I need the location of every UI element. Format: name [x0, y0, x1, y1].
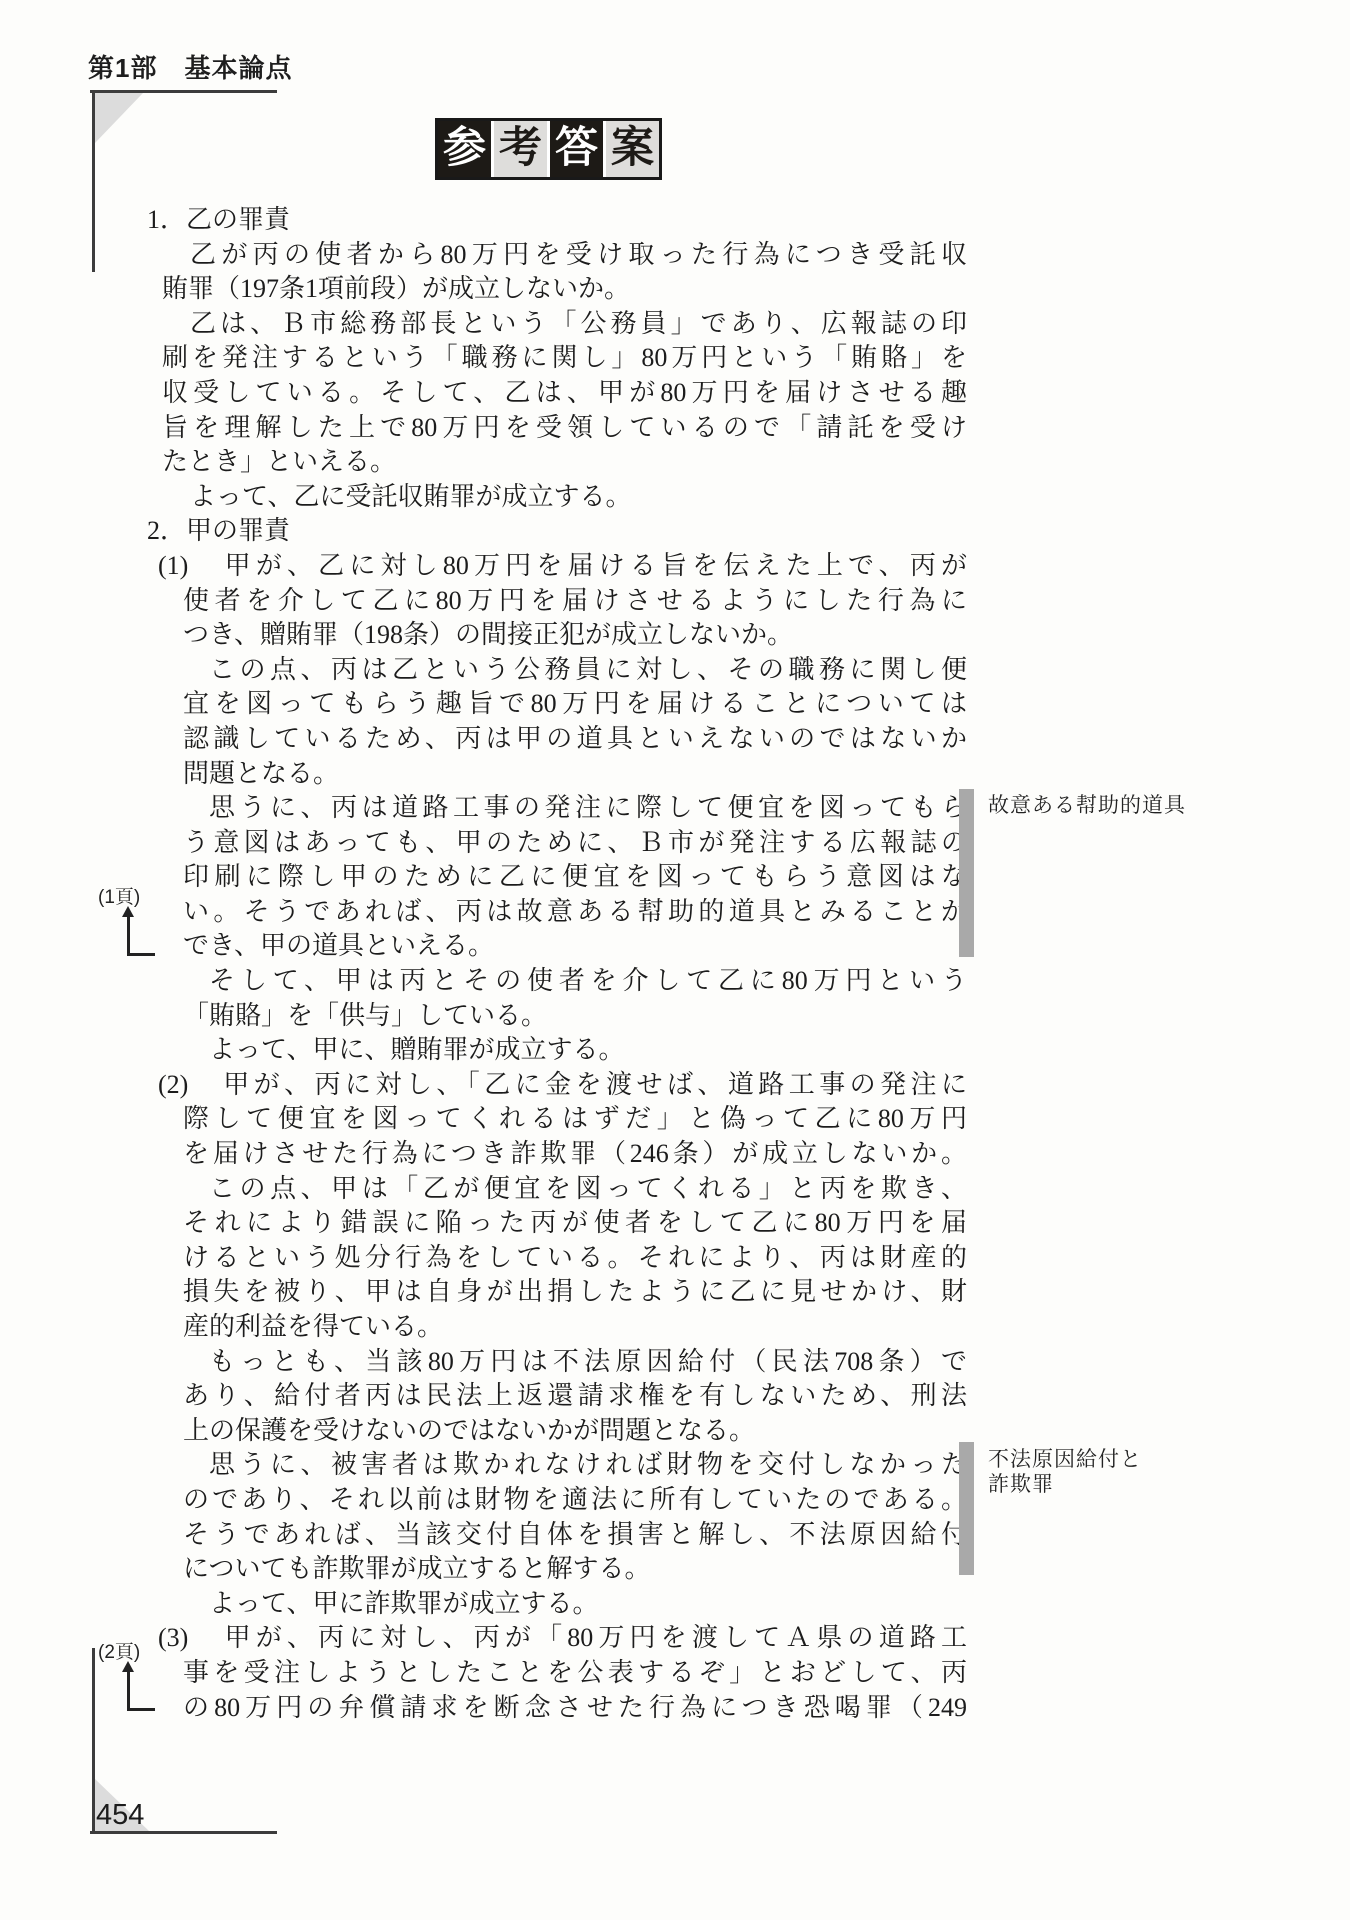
body-line: 上の保護を受けないのではないかが問題となる。: [90, 1414, 967, 1449]
page-marker-2-arrow-icon: [120, 1661, 160, 1713]
body-line: 産的利益を得ている。: [90, 1310, 967, 1345]
body-line: 使者を介して乙に80万円を届けさせるようにした行為に: [90, 584, 967, 619]
body-line: たとき」といえる。: [90, 445, 967, 480]
body-line: い。そうであれば、丙は故意ある幇助的道具とみることが: [90, 895, 967, 930]
arrow-stem: [127, 1670, 130, 1710]
margin-note-text: 詐欺罪: [988, 1472, 1288, 1497]
arrow-foot: [127, 1708, 155, 1711]
margin-note-bar-1: [959, 789, 974, 957]
margin-note-text: 故意ある幇助的道具: [988, 793, 1288, 818]
body-line: 1．乙の罪責: [90, 203, 967, 238]
title-char-3: 答: [550, 121, 603, 177]
margin-note-2: 不法原因給付と 詐欺罪: [988, 1447, 1288, 1497]
body-line: 乙が丙の使者から80万円を受け取った行為につき受託収: [90, 238, 967, 273]
body-line: 収受している。そして、乙は、甲が80万円を届けさせる趣: [90, 376, 967, 411]
book-page: { "page": { "header": "第1部 基本論点", "page_…: [0, 0, 1350, 1920]
body-line: 印刷に際し甲のために乙に便宜を図ってもらう意図はな: [90, 860, 967, 895]
body-line: 損失を被り、甲は自身が出捐したように乙に見せかけ、財: [90, 1275, 967, 1310]
body-line: (2) 甲が、丙に対し、「乙に金を渡せば、道路工事の発注に: [90, 1068, 967, 1103]
body-line: についても詐欺罪が成立すると解する。: [90, 1552, 967, 1587]
body-lines: 1．乙の罪責乙が丙の使者から80万円を受け取った行為につき受託収賄罪（197条1…: [90, 203, 967, 1725]
title-char-1: 参: [438, 121, 491, 177]
body-line: 2．甲の罪責: [90, 514, 967, 549]
corner-triangle-top: [95, 93, 143, 143]
body-line: 宜を図ってもらう趣旨で80万円を届けることについては: [90, 687, 967, 722]
chapter-header: 第1部 基本論点: [88, 48, 292, 85]
body-line: そうであれば、当該交付自体を損害と解し、不法原因給付: [90, 1518, 967, 1553]
body-line: 事を受注しようとしたことを公表するぞ」とおどして、丙: [90, 1656, 967, 1691]
title-char-2: 考: [494, 121, 547, 177]
page-marker-1-arrow-icon: [120, 906, 160, 958]
margin-note-bar-2: [959, 1442, 974, 1575]
reference-answer-title: 参 考 答 案: [435, 118, 662, 180]
body-line: 賄罪（197条1項前段）が成立しないか。: [90, 272, 967, 307]
body-line: (1) 甲が、乙に対し80万円を届ける旨を伝えた上で、丙が: [90, 549, 967, 584]
title-char-4: 案: [606, 121, 659, 177]
body-line: 刷を発注するという「職務に関し」80万円という「賄賂」を: [90, 341, 967, 376]
body-line: つき、贈賄罪（198条）の間接正犯が成立しないか。: [90, 618, 967, 653]
body-line: あり、給付者丙は民法上返還請求権を有しないため、刑法: [90, 1379, 967, 1414]
body-line: 思うに、被害者は欺かれなければ財物を交付しなかった: [90, 1448, 967, 1483]
arrow-foot: [127, 953, 155, 956]
body-line: 思うに、丙は道路工事の発注に際して便宜を図ってもら: [90, 791, 967, 826]
body-line: の80万円の弁償請求を断念させた行為につき恐喝罪（249: [90, 1691, 967, 1726]
body-line: それにより錯誤に陥った丙が使者をして乙に80万円を届: [90, 1206, 967, 1241]
body-line: よって、甲に詐欺罪が成立する。: [90, 1587, 967, 1622]
body-line: を届けさせた行為につき詐欺罪（246条）が成立しないか。: [90, 1137, 967, 1172]
body-line: 認識しているため、丙は甲の道具といえないのではないか: [90, 722, 967, 757]
body-line: のであり、それ以前は財物を適法に所有していたのである。: [90, 1483, 967, 1518]
body-line: けるという処分行為をしている。それにより、丙は財産的: [90, 1241, 967, 1276]
page-marker-1-label: (1頁): [98, 882, 140, 909]
body-line: 「賄賂」を「供与」している。: [90, 999, 967, 1034]
body-line: よって、甲に、贈賄罪が成立する。: [90, 1033, 967, 1068]
body-line: この点、丙は乙という公務員に対し、その職務に関し便: [90, 653, 967, 688]
body-line: 乙は、Ｂ市総務部長という「公務員」であり、広報誌の印: [90, 307, 967, 342]
body-line: 際して便宜を図ってくれるはずだ」と偽って乙に80万円: [90, 1102, 967, 1137]
arrow-stem: [127, 915, 130, 955]
body-line: 問題となる。: [90, 757, 967, 792]
body-line: よって、乙に受託収賄罪が成立する。: [90, 480, 967, 515]
body-line: この点、甲は「乙が便宜を図ってくれる」と丙を欺き、: [90, 1172, 967, 1207]
body-line: う意図はあっても、甲のために、Ｂ市が発注する広報誌の: [90, 826, 967, 861]
margin-note-text: 不法原因給付と: [988, 1447, 1288, 1472]
body-line: (3) 甲が、丙に対し、丙が「80万円を渡してＡ県の道路工: [90, 1621, 967, 1656]
body-line: 旨を理解した上で80万円を受領しているので「請託を受け: [90, 411, 967, 446]
body-line: そして、甲は丙とその使者を介して乙に80万円という: [90, 964, 967, 999]
body-line: でき、甲の道具といえる。: [90, 929, 967, 964]
page-marker-2-label: (2頁): [98, 1637, 140, 1664]
margin-note-1: 故意ある幇助的道具: [988, 793, 1288, 818]
body-line: もっとも、当該80万円は不法原因給付（民法708条）で: [90, 1345, 967, 1380]
page-number: 454: [96, 1799, 144, 1832]
